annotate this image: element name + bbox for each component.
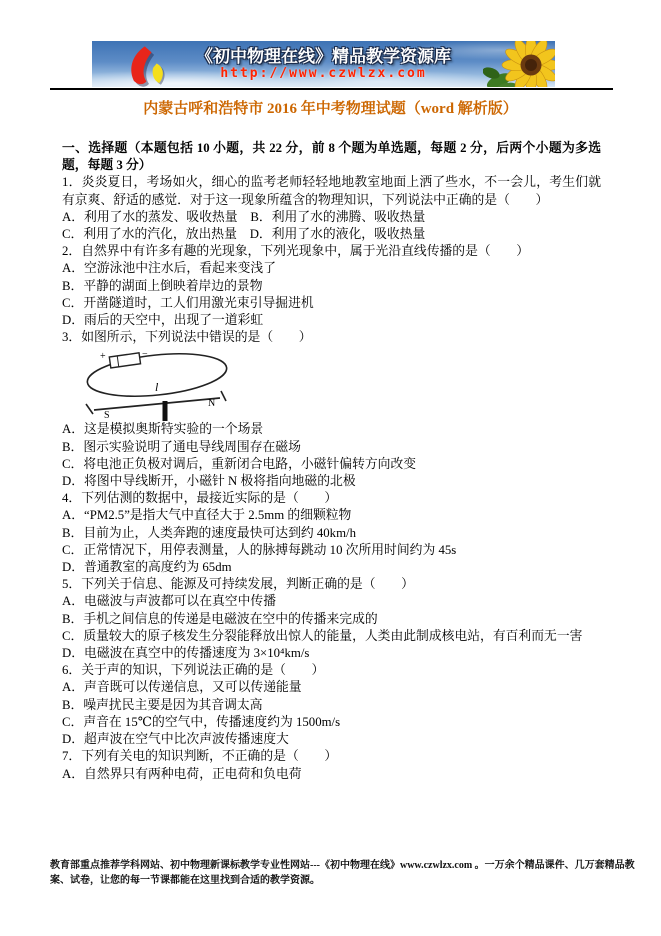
page-footer: 教育部重点推荐学科网站、初中物理新课标教学专业性网站---《初中物理在线》www… (50, 859, 638, 888)
text-line: B．图示实验说明了通电导线周围存在磁场 (62, 439, 601, 456)
site-banner: 《初中物理在线》精品教学资源库 http://www.czwlzx.com (92, 41, 555, 87)
text-line: A．利用了水的蒸发、吸收热量 B．利用了水的沸腾、吸收热量 (62, 209, 601, 226)
text-line: A．空游泳池中注水后，看起来变浅了 (62, 260, 601, 277)
text-line: B．噪声扰民主要是因为其音调太高 (62, 697, 601, 714)
battery-symbol (109, 353, 140, 368)
north-pole-label: N (208, 398, 215, 409)
question-block-2: A．这是模拟奥斯特实验的一个场景B．图示实验说明了通电导线周围存在磁场C．将电池… (62, 421, 601, 782)
text-line: 3．如图所示，下列说法中错误的是（ ） (62, 329, 601, 346)
text-line: 2．自然界中有许多有趣的光现象，下列光现象中，属于光沿直线传播的是（ ） (62, 243, 601, 260)
header-divider (50, 88, 613, 90)
section-heading: 一、选择题（本题包括 10 小题，共 22 分，前 8 个题为单选题，每题 2 … (62, 140, 601, 174)
text-line: C．声音在 15℃的空气中，传播速度约为 1500m/s (62, 714, 601, 731)
text-line: 4．下列估测的数据中，最接近实际的是（ ） (62, 490, 601, 507)
exam-body: 一、选择题（本题包括 10 小题，共 22 分，前 8 个题为单选题，每题 2 … (62, 140, 601, 783)
text-line: 5．下列关于信息、能源及可持续发展，判断正确的是（ ） (62, 576, 601, 593)
text-line: A．自然界只有两种电荷，正电荷和负电荷 (62, 766, 601, 783)
text-line: C．开凿隧道时，工人们用激光束引导掘进机 (62, 295, 601, 312)
text-line: 1．炎炎夏日，考场如火，细心的监考老师轻轻地地教室地面上洒了些水，不一会儿，考生… (62, 174, 601, 208)
battery-plus-label: + (100, 351, 106, 362)
text-line: C．将电池正负极对调后，重新闭合电路，小磁针偏转方向改变 (62, 456, 601, 473)
banner-text-block: 《初中物理在线》精品教学资源库 http://www.czwlzx.com (187, 41, 460, 87)
text-line: A．“PM2.5”是指大气中直径大于 2.5mm 的细颗粒物 (62, 507, 601, 524)
text-line: B．平静的湖面上倒映着岸边的景物 (62, 278, 601, 295)
question-block-1: 1．炎炎夏日，考场如火，细心的监考老师轻轻地地教室地面上洒了些水，不一会儿，考生… (62, 174, 601, 346)
compass-needle (94, 398, 220, 410)
south-pole-label: S (104, 410, 110, 421)
text-line: C．利用了水的汽化，放出热量 D．利用了水的液化，吸收热量 (62, 226, 601, 243)
page-title: 内蒙古呼和浩特市 2016 年中考物理试题（word 解析版） (0, 97, 661, 118)
text-line: D．超声波在空气中比次声波传播速度大 (62, 731, 601, 748)
text-line: A．这是模拟奥斯特实验的一个场景 (62, 421, 601, 438)
text-line: 6．关于声的知识，下列说法正确的是（ ） (62, 662, 601, 679)
sunflower-icon (483, 41, 555, 87)
wire-loop (85, 348, 228, 402)
banner-site-url: http://www.czwlzx.com (220, 66, 426, 81)
banner-site-title: 《初中物理在线》精品教学资源库 (196, 47, 451, 66)
text-line: A．声音既可以传递信息，又可以传递能量 (62, 679, 601, 696)
question3-figure: + − l S N (62, 346, 601, 421)
text-line: A．电磁波与声波都可以在真空中传播 (62, 593, 601, 610)
text-line: C．正常情况下，用停表测量，人的脉搏每跳动 10 次所用时间约为 45s (62, 542, 601, 559)
wire-label: l (155, 380, 159, 394)
flame-logo-icon (110, 43, 188, 87)
text-line: B．手机之间信息的传递是电磁波在空中的传播来完成的 (62, 611, 601, 628)
document-page: 《初中物理在线》精品教学资源库 http://www.czwlzx.com (0, 0, 661, 936)
text-line: D．雨后的天空中，出现了一道彩虹 (62, 312, 601, 329)
text-line: 7．下列有关电的知识判断，不正确的是（ ） (62, 748, 601, 765)
text-line: D．电磁波在真空中的传播速度为 3×10⁴km/s (62, 645, 601, 662)
text-line: C．质量较大的原子核发生分裂能释放出惊人的能量，人类由此制成核电站，有百利而无一… (62, 628, 601, 645)
text-line: D．普通教室的高度约为 65dm (62, 559, 601, 576)
battery-minus-label: − (142, 349, 148, 360)
text-line: B．目前为止，人类奔跑的速度最快可达到约 40km/h (62, 525, 601, 542)
text-line: D．将图中导线断开，小磁针 N 极将指向地磁的北极 (62, 473, 601, 490)
